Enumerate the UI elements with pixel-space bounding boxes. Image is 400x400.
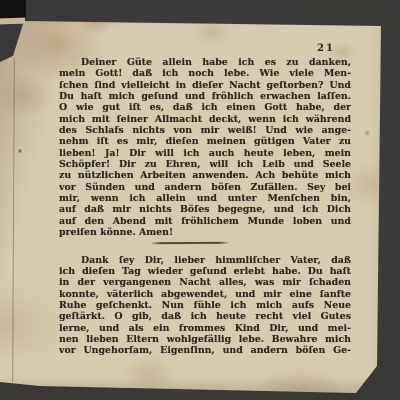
text-line: ich dieſen Tag wieder geſund erlebt habe… <box>59 266 351 277</box>
text-line: lerne, und als ein frommes Kind Dir, und… <box>59 323 351 334</box>
book-page: 21 Deiner Güte allein habe ich es zu dan… <box>0 0 400 400</box>
scan-viewport: 21 Deiner Güte allein habe ich es zu dan… <box>0 0 400 400</box>
text-line: Deiner Güte allein habe ich es zu danken… <box>59 57 351 68</box>
paragraph-evening-prayer: Dank ſey Dir, lieber himmliſcher Vater, … <box>59 255 351 357</box>
section-divider-rule <box>152 241 228 244</box>
text-line: vor Sünden und andern böſen Zufällen. Se… <box>59 182 351 193</box>
text-line: vor Ungehorſam, Eigenſinn, und andern bö… <box>59 345 351 356</box>
page-edge-sliver <box>0 18 25 25</box>
text-line: geſtärkt. O gib, daß ich heute recht vie… <box>59 311 351 322</box>
text-line: auf den Abend mit fröhlichem Munde loben… <box>59 216 351 227</box>
binding-tab <box>0 0 26 19</box>
text-line: Du haſt mich geſund und fröhlich erwache… <box>59 91 351 102</box>
text-line: mich mit ſeiner Allmacht deckt, wenn ich… <box>59 114 351 125</box>
text-line: O wie gut iſt es, daß ich einen Gott hab… <box>59 102 351 113</box>
text-line: konnte, väterlich abgewendet, und mir ei… <box>59 289 351 300</box>
text-line: ſchen ſind vielleicht in dieſer Nacht ge… <box>59 80 351 91</box>
page-text: Deiner Güte allein habe ich es zu danken… <box>59 57 351 357</box>
text-line: zu nützlichen Arbeiten anwenden. Ach beh… <box>59 170 351 181</box>
text-line: lieben! Ja! Dir will ich auch heute lebe… <box>59 148 351 159</box>
text-line: Ruhe geſchenkt. Nun fühle ich mich aufs … <box>59 300 351 311</box>
text-line: nen lieben Eltern wohlgefällig lebe. Bew… <box>59 334 351 345</box>
text-line: Schöpfer! Dir zu Ehren, will ich Leib un… <box>59 159 351 170</box>
text-line: preiſen könne. Amen! <box>59 227 351 238</box>
text-line: in der vergangenen Nacht alles, was mir … <box>59 277 351 288</box>
text-line: auf daß mir nichts Böſes begegne, und ic… <box>59 204 351 215</box>
text-line: des Schlafs nichts von mir weiß! Und wie… <box>59 125 351 136</box>
text-line: mir, wenn ich allein und unter Menſchen … <box>59 193 351 204</box>
text-line: Dank ſey Dir, lieber himmliſcher Vater, … <box>59 255 351 266</box>
paragraph-morning-prayer: Deiner Güte allein habe ich es zu danken… <box>59 57 351 239</box>
text-line: mein Gott! daß ich noch lebe. Wie viele … <box>59 68 351 79</box>
page-number: 21 <box>317 43 335 54</box>
text-line: nehm iſt es mir, dieſen meinen gütigen V… <box>59 136 351 147</box>
